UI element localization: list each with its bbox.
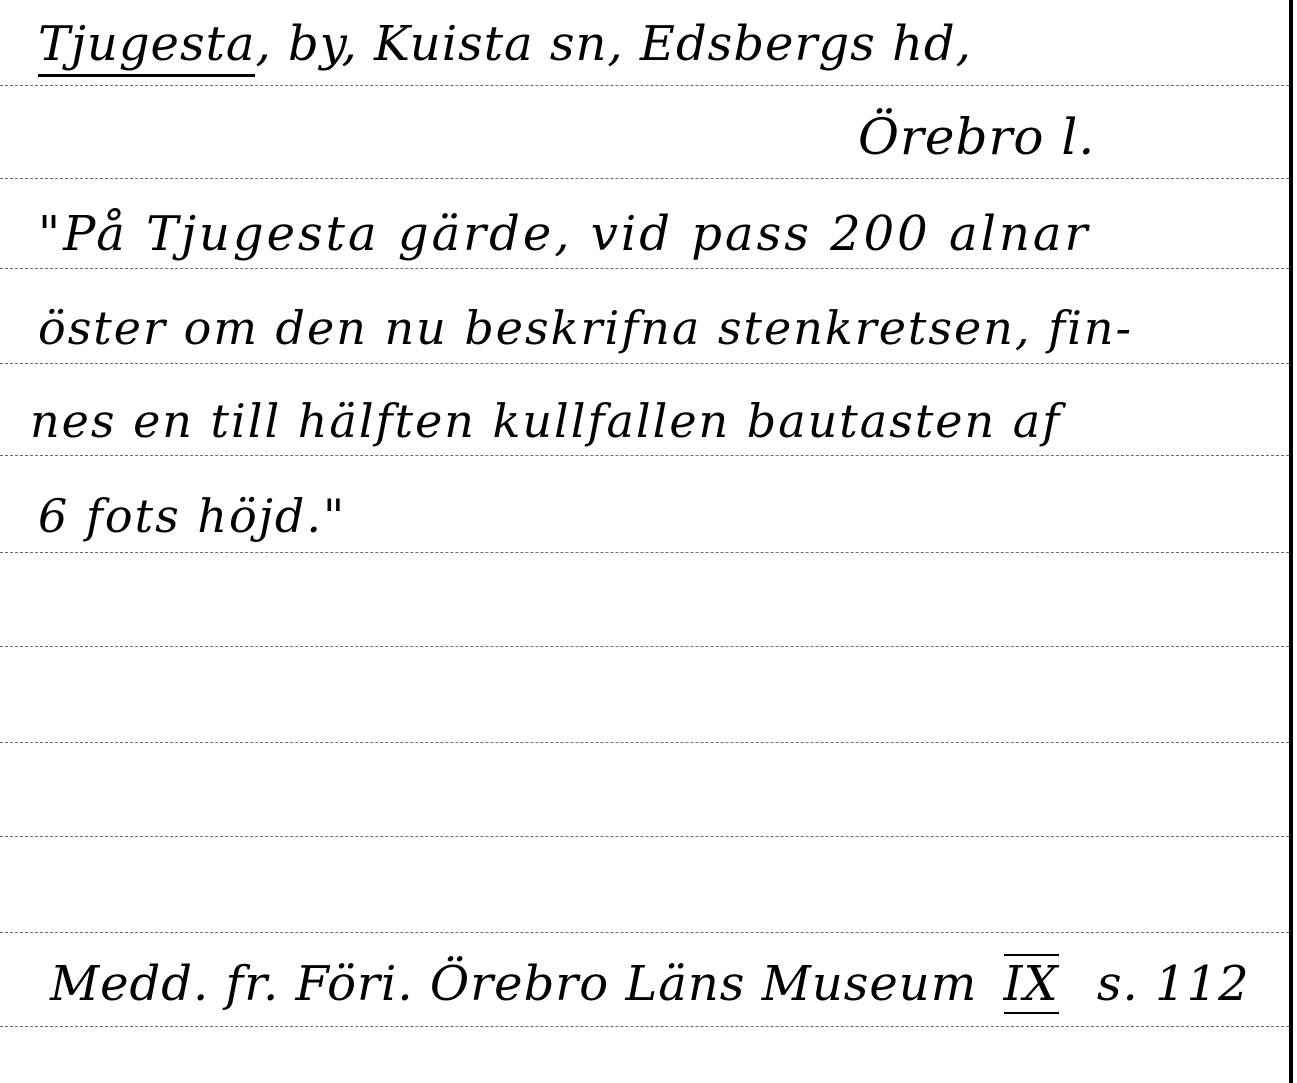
ruled-line (0, 85, 1289, 86)
quote-line-1: "På Tjugesta gärde, vid pass 200 alnar (38, 210, 1090, 258)
ruled-line (0, 178, 1289, 179)
ruled-line (0, 932, 1289, 933)
source-reference: Medd. fr. Föri. Örebro Läns Museum IX s.… (50, 960, 1250, 1008)
ruled-line (0, 268, 1289, 269)
ruled-line (0, 455, 1289, 456)
ruled-line (0, 836, 1289, 837)
ruled-line (0, 552, 1289, 553)
heading-rest: , by, Kuista sn, Edsbergs hd, (255, 16, 971, 72)
quote-line-2: öster om den nu beskrifna stenkretsen, f… (38, 305, 1133, 351)
source-volume: IX (1004, 954, 1059, 1014)
ruled-line (0, 742, 1289, 743)
source-page: s. 112 (1097, 956, 1250, 1012)
quote-line-4: 6 fots höjd." (38, 493, 346, 539)
heading-county: Örebro l. (858, 112, 1095, 162)
index-card: Tjugesta, by, Kuista sn, Edsbergs hd, Ör… (0, 0, 1297, 1083)
source-prefix: Medd. fr. Föri. Örebro Läns Museum (50, 956, 977, 1012)
quote-line-3: nes en till hälften kullfallen bautasten… (30, 398, 1061, 444)
heading-line: Tjugesta, by, Kuista sn, Edsbergs hd, (38, 20, 972, 68)
ruled-line (0, 1026, 1289, 1027)
heading-place: Tjugesta (38, 16, 255, 77)
card-right-border (1289, 0, 1293, 1083)
ruled-line (0, 363, 1289, 364)
ruled-line (0, 646, 1289, 647)
